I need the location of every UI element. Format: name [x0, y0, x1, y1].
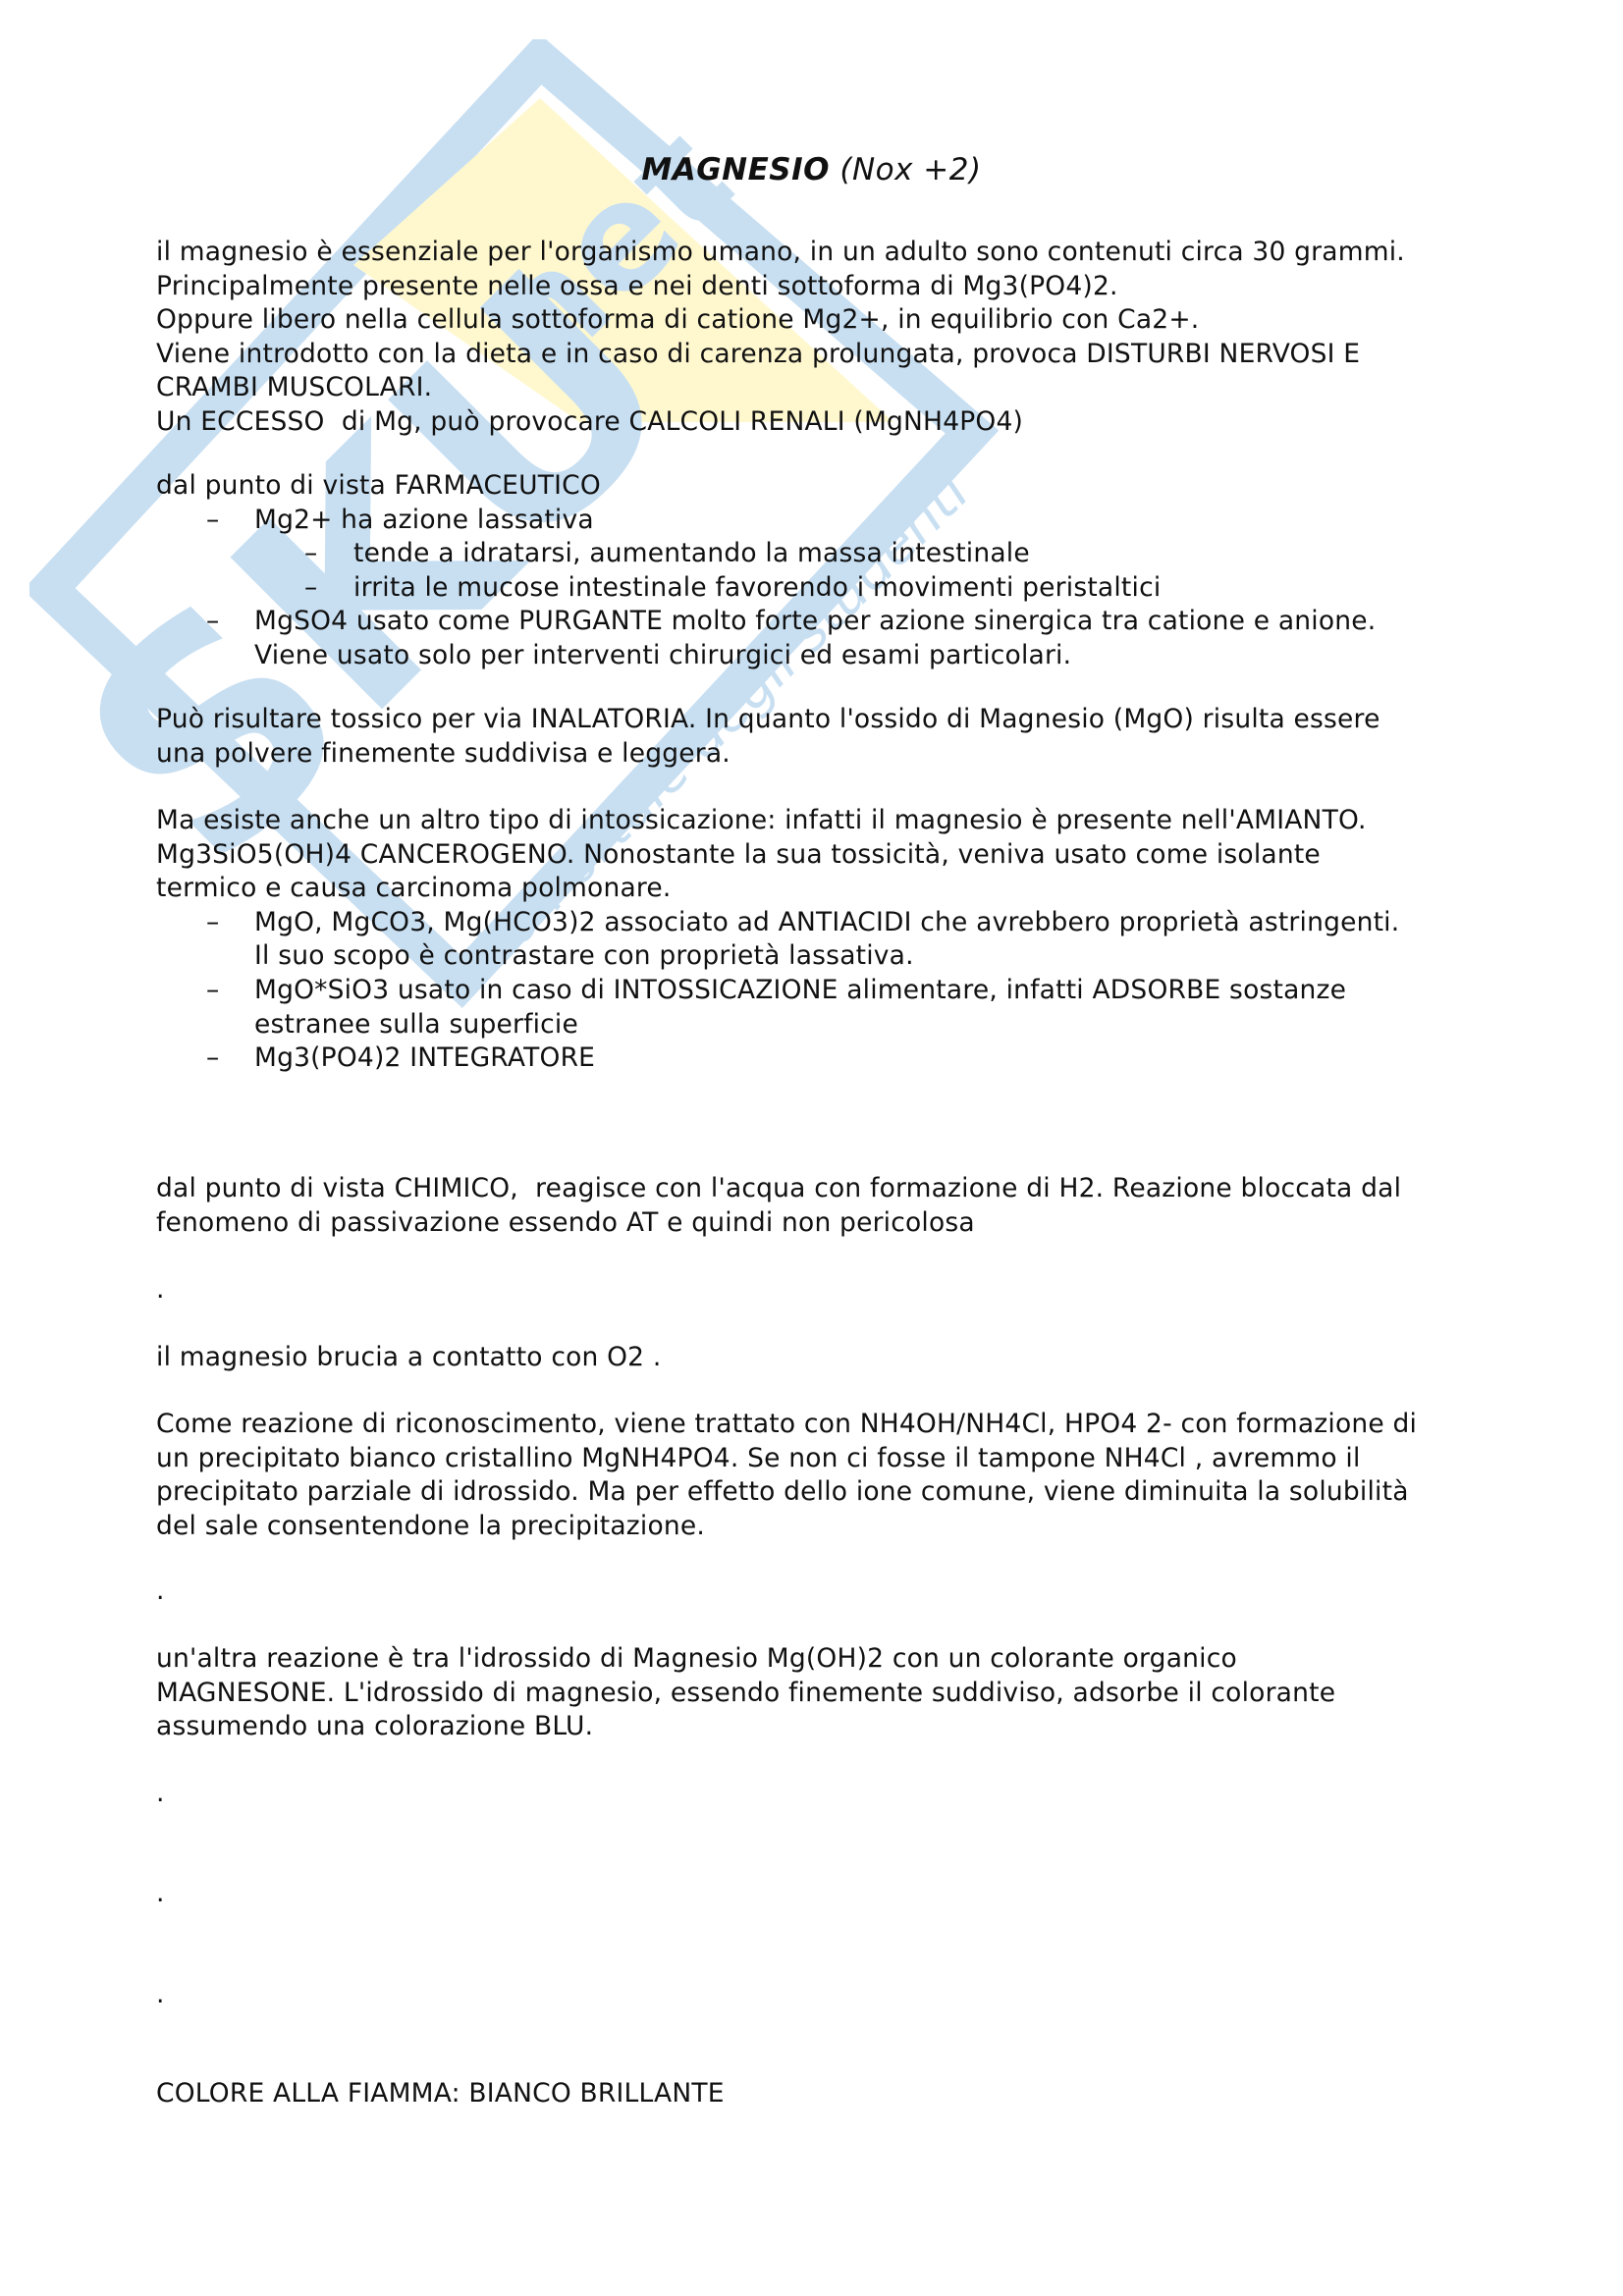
farmaceutico-section: dal punto di vista FARMACEUTICO –Mg2+ ha… [156, 469, 1511, 673]
paragraph-line: Ma esiste anche un altro tipo di intossi… [156, 804, 1511, 838]
separator-dot: . [156, 1273, 1511, 1308]
title-subtitle: (Nox +2) [839, 152, 981, 187]
page-title: MAGNESIO (Nox +2) [0, 152, 1623, 187]
list-item-continuation: estranee sulla superficie [156, 1008, 1511, 1042]
fiamma-line: COLORE ALLA FIAMMA: BIANCO BRILLANTE [156, 2077, 1511, 2111]
document-page: MAGNESIO (Nox +2) il magnesio è essenzia… [0, 0, 1623, 2296]
chimico-paragraph: dal punto di vista CHIMICO, reagisce con… [156, 1172, 1511, 1240]
paragraph-line: Come reazione di riconoscimento, viene t… [156, 1408, 1511, 1442]
list-item: –Mg3(PO4)2 INTEGRATORE [156, 1041, 1511, 1076]
paragraph-line: dal punto di vista CHIMICO, reagisce con… [156, 1172, 1511, 1206]
paragraph-line: del sale consentendone la precipitazione… [156, 1510, 1511, 1544]
separator-dot: . [156, 1777, 1511, 1811]
dash-bullet: – [206, 605, 219, 639]
dash-bullet: – [206, 1041, 219, 1076]
tossico-paragraph: Può risultare tossico per via INALATORIA… [156, 703, 1511, 771]
brucia-paragraph: il magnesio brucia a contatto con O2 . [156, 1341, 1511, 1375]
paragraph-line: il magnesio brucia a contatto con O2 . [156, 1341, 1511, 1375]
amianto-section: Ma esiste anche un altro tipo di intossi… [156, 804, 1511, 1076]
paragraph-line: COLORE ALLA FIAMMA: BIANCO BRILLANTE [156, 2077, 1511, 2111]
list-item: –MgSO4 usato come PURGANTE molto forte p… [156, 605, 1511, 639]
intro-line: il magnesio è essenziale per l'organismo… [156, 236, 1511, 270]
sub-list-item: –irrita le mucose intestinale favorendo … [156, 571, 1511, 606]
sub-list-item: –tende a idratarsi, aumentando la massa … [156, 537, 1511, 571]
list-item-continuation: Viene usato solo per interventi chirurgi… [156, 639, 1511, 673]
title-main: MAGNESIO [641, 152, 830, 187]
intro-line: Principalmente presente nelle ossa e nei… [156, 270, 1511, 304]
intro-line: Un ECCESSO di Mg, può provocare CALCOLI … [156, 405, 1511, 440]
intro-line: Viene introdotto con la dieta e in caso … [156, 338, 1511, 372]
paragraph-line: precipitato parziale di idrossido. Ma pe… [156, 1475, 1511, 1510]
separator-dot: . [156, 1575, 1511, 1609]
dash-bullet: – [206, 504, 219, 538]
paragraph-line: Mg3SiO5(OH)4 CANCEROGENO. Nonostante la … [156, 838, 1511, 873]
dash-bullet: – [206, 906, 219, 940]
separator-dot: . [156, 1978, 1511, 2012]
paragraph-line: Può risultare tossico per via INALATORIA… [156, 703, 1511, 737]
intro-line: CRAMBI MUSCOLARI. [156, 371, 1511, 405]
dash-bullet: – [206, 974, 219, 1008]
list-item: –MgO, MgCO3, Mg(HCO3)2 associato ad ANTI… [156, 906, 1511, 940]
intro-line: Oppure libero nella cellula sottoforma d… [156, 303, 1511, 338]
section-heading: dal punto di vista FARMACEUTICO [156, 469, 1511, 504]
paragraph-line: MAGNESONE. L'idrossido di magnesio, esse… [156, 1677, 1511, 1711]
list-item: –MgO*SiO3 usato in caso di INTOSSICAZION… [156, 974, 1511, 1008]
magnesone-paragraph: un'altra reazione è tra l'idrossido di M… [156, 1642, 1511, 1744]
paragraph-line: termico e causa carcinoma polmonare. [156, 872, 1511, 906]
list-item-continuation: Il suo scopo è contrastare con proprietà… [156, 939, 1511, 974]
paragraph-line: un'altra reazione è tra l'idrossido di M… [156, 1642, 1511, 1677]
paragraph-line: un precipitato bianco cristallino MgNH4P… [156, 1442, 1511, 1476]
dash-bullet: – [304, 537, 317, 571]
separator-dot: . [156, 1877, 1511, 1911]
riconoscimento-paragraph: Come reazione di riconoscimento, viene t… [156, 1408, 1511, 1543]
list-item: –Mg2+ ha azione lassativa [156, 504, 1511, 538]
paragraph-line: una polvere finemente suddivisa e legger… [156, 737, 1511, 772]
paragraph-line: fenomeno di passivazione essendo AT e qu… [156, 1206, 1511, 1241]
intro-paragraph: il magnesio è essenziale per l'organismo… [156, 236, 1511, 440]
paragraph-line: assumendo una colorazione BLU. [156, 1710, 1511, 1744]
dash-bullet: – [304, 571, 317, 606]
